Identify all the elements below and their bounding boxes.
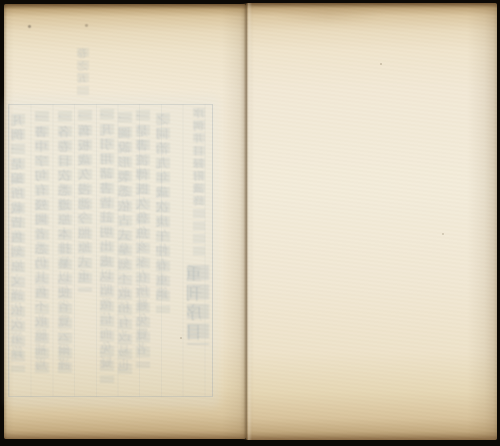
bleedthrough-header-column: 卷之五: [77, 48, 89, 98]
bleedthrough-column: 凡例一是編所載皆舊刻原文謹依次第錄之: [11, 114, 25, 372]
stain-speck: [28, 25, 31, 28]
right-page: [246, 3, 497, 440]
stain-speck: [442, 233, 444, 235]
bleedthrough-column: 一舊板歲久漫漶今照原式重加校刊行世也: [78, 110, 92, 292]
left-page: 卷之五 凡例一是編所載皆舊刻原文謹依次第錄之 一書中字句有殘闕者悉仍其舊不敢臆補…: [4, 4, 246, 439]
scanner-background: 卷之五 凡例一是編所載皆舊刻原文謹依次第錄之 一書中字句有殘闕者悉仍其舊不敢臆補…: [0, 0, 500, 446]
bleedthrough-column: 一是書流傳既久魯魚亥豕在所難免覽者諒: [136, 110, 150, 368]
paper-stain: [274, 6, 384, 24]
stain-speck: [85, 24, 88, 27]
bleedthrough-column: 一圖說形製悉依古式摹刻不敢稍有改易也: [118, 112, 132, 374]
stain-speck: [380, 63, 382, 65]
bleedthrough-right-column: 序例并目録附識終: [193, 108, 205, 258]
bleedthrough-column: 一各卷目次悉遵原本排纂以便省覽云爾謹: [58, 111, 72, 377]
bleedthrough-frame: 凡例一是編所載皆舊刻原文謹依次第錄之 一書中字句有殘闕者悉仍其舊不敢臆補焉 一各…: [8, 104, 213, 397]
bleedthrough-column: 一凡引用諸書皆註明出處以昭徵信而免疑: [100, 109, 114, 383]
bleedthrough-column: 之同治九年歲次庚午仲春重鐫於郡齋藏板: [156, 113, 170, 313]
bleedthrough-column: 一書中字句有殘闕者悉仍其舊不敢臆補焉: [35, 111, 49, 377]
bleedthrough-title-column: 重刊序目: [187, 265, 209, 345]
